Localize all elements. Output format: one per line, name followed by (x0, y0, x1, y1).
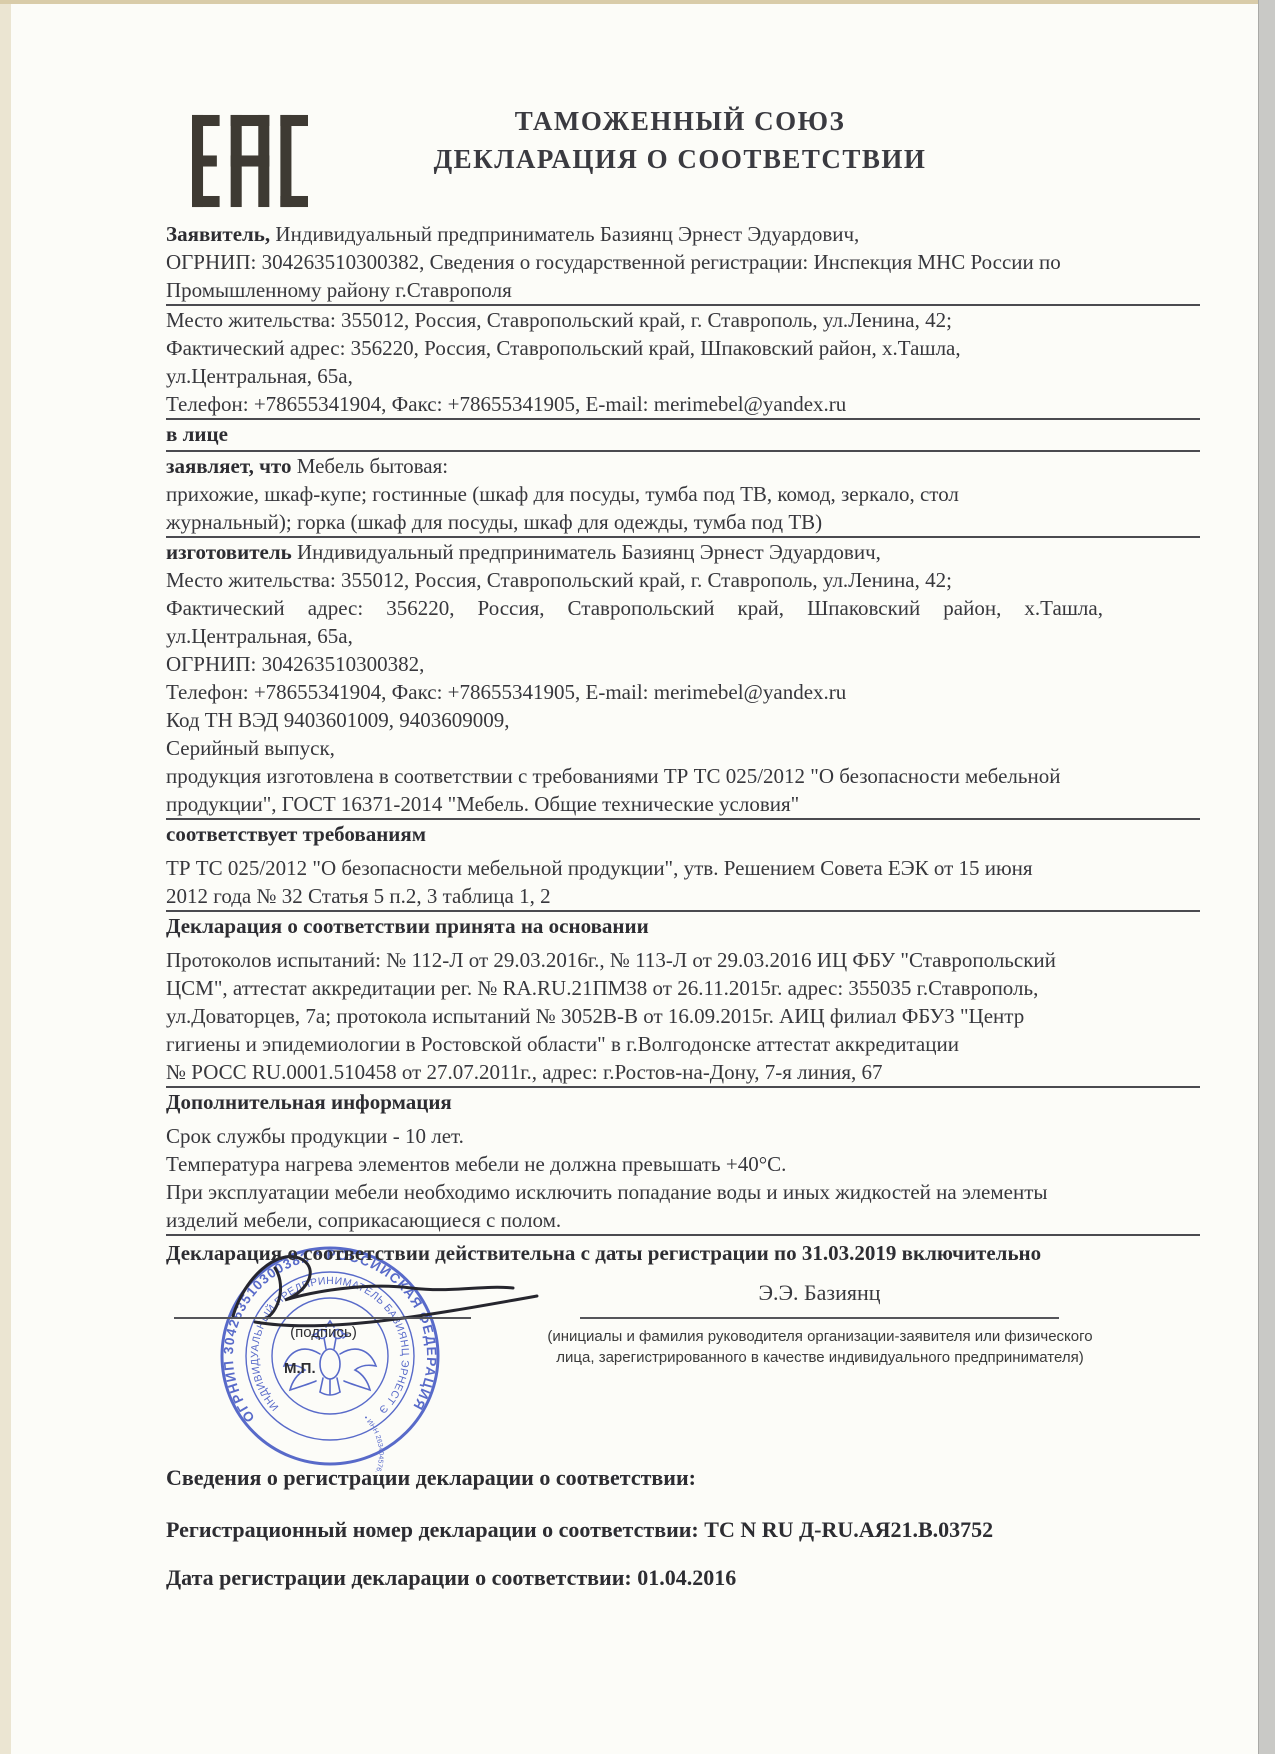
validity-statement: Декларация о соответствии действительна … (166, 1236, 1200, 1268)
field-label-izgotovitel: изготовитель (166, 540, 292, 564)
signature-note: (инициалы и фамилия руководителя организ… (540, 1326, 1100, 1368)
text-line: продукции", ГОСТ 16371-2014 "Мебель. Общ… (166, 790, 1103, 818)
text-line: изделий мебели, соприкасающиеся с полом. (166, 1206, 1103, 1234)
section-header: в лице (166, 420, 1103, 448)
section-declares: заявляет, что Мебель бытовая: прихожие, … (166, 452, 1200, 538)
text-line: Протоколов испытаний: № 112-Л от 29.03.2… (166, 946, 1103, 974)
signature-area: ОГРНИП 304263510300382 * РОССИЙСКАЯ ФЕДЕ… (166, 1268, 1200, 1464)
registration-date-line: Дата регистрации декларации о соответств… (166, 1564, 1200, 1592)
text-line: Телефон: +78655341904, Факс: +7865534190… (166, 678, 1103, 706)
text-line: Серийный выпуск, (166, 734, 1103, 762)
text-line: заявляет, что Мебель бытовая: (166, 452, 1103, 480)
registration-date-value: 01.04.2016 (632, 1565, 737, 1590)
section-manufacturer: изготовитель Индивидуальный предпринимат… (166, 538, 1200, 820)
scan-edge-top (0, 0, 1275, 4)
text-line: продукция изготовлена в соответствии с т… (166, 762, 1103, 790)
text-line: Заявитель, Индивидуальный предпринимател… (166, 220, 1103, 248)
text-line: ул.Центральная, 65а, (166, 622, 1103, 650)
signature-line-left (174, 1317, 471, 1319)
text-line: Код ТН ВЭД 9403601009, 9403609009, (166, 706, 1103, 734)
text-line: ЦСМ", аттестат аккредитации рег. № RA.RU… (166, 974, 1103, 1002)
text-line: Телефон: +78655341904, Факс: +7865534190… (166, 390, 1103, 418)
text-line: ул.Доваторцев, 7а; протокола испытаний №… (166, 1002, 1103, 1030)
text-line: Промышленному району г.Ставрополя (166, 276, 1103, 304)
signatory-name: Э.Э. Базиянц (580, 1280, 1059, 1306)
section-header: соответствует требованиям (166, 820, 1103, 848)
text-line: ул.Центральная, 65а, (166, 362, 1103, 390)
text-line: ОГРНИП: 304263510300382, (166, 650, 1103, 678)
section-applicant: Заявитель, Индивидуальный предпринимател… (166, 220, 1200, 306)
text-line: При эксплуатации мебели необходимо исклю… (166, 1178, 1103, 1206)
text-line: ОГРНИП: 304263510300382, Сведения о госу… (166, 248, 1103, 276)
text-line: Фактический адрес: 356220, Россия, Ставр… (166, 334, 1103, 362)
section-applicant-address: Место жительства: 355012, Россия, Ставро… (166, 306, 1200, 420)
eac-logo-icon (192, 110, 308, 212)
text-line: Срок службы продукции - 10 лет. (166, 1122, 1103, 1150)
text-line: гигиены и эпидемиологии в Ростовской обл… (166, 1030, 1103, 1058)
text-line: Место жительства: 355012, Россия, Ставро… (166, 306, 1103, 334)
section-basis: Декларация о соответствии принята на осн… (166, 912, 1200, 1088)
registration-number-label: Регистрационный номер декларации о соотв… (166, 1517, 699, 1542)
podpis-label: (подпись) (226, 1324, 421, 1341)
signature-note-line-1: (инициалы и фамилия руководителя организ… (540, 1326, 1100, 1347)
section-conforms: соответствует требованиям ТР ТС 025/2012… (166, 820, 1200, 912)
text-line: Фактический адрес: 356220, Россия, Ставр… (166, 594, 1103, 622)
text-line: Температура нагрева элементов мебели не … (166, 1150, 1103, 1178)
text-line: 2012 года № 32 Статья 5 п.2, 3 таблица 1… (166, 882, 1103, 910)
text-line: журнальный); горка (шкаф для посуды, шка… (166, 508, 1103, 536)
text-line: ТР ТС 025/2012 "О безопасности мебельной… (166, 854, 1103, 882)
text-line: Место жительства: 355012, Россия, Ставро… (166, 566, 1103, 594)
title-line-1: ТАМОЖЕННЫЙ СОЮЗ (330, 102, 1030, 140)
registration-number-value: ТС N RU Д-RU.АЯ21.В.03752 (699, 1517, 993, 1542)
scan-edge-right (1258, 0, 1275, 1754)
mp-label: М.П. (284, 1360, 316, 1377)
section-v-litse: в лице (166, 420, 1200, 452)
document-page: ТАМОЖЕННЫЙ СОЮЗ ДЕКЛАРАЦИЯ О СООТВЕТСТВИ… (0, 0, 1275, 1754)
title-line-2: ДЕКЛАРАЦИЯ О СООТВЕТСТВИИ (330, 140, 1030, 178)
document-title: ТАМОЖЕННЫЙ СОЮЗ ДЕКЛАРАЦИЯ О СООТВЕТСТВИ… (330, 102, 1030, 178)
text-line: изготовитель Индивидуальный предпринимат… (166, 538, 1103, 566)
text-line: прихожие, шкаф-купе; гостинные (шкаф для… (166, 480, 1103, 508)
section-header: Декларация о соответствии принята на осн… (166, 912, 1103, 940)
section-header: Дополнительная информация (166, 1088, 1103, 1116)
registration-number-line: Регистрационный номер декларации о соотв… (166, 1516, 1200, 1544)
signature-line-right (580, 1317, 1059, 1319)
registration-date-label: Дата регистрации декларации о соответств… (166, 1565, 632, 1590)
text-line: № РОСС RU.0001.510458 от 27.07.2011г., а… (166, 1058, 1103, 1086)
section-additional-info: Дополнительная информация Срок службы пр… (166, 1088, 1200, 1236)
field-label-zayavitel: Заявитель, (166, 222, 270, 246)
document-body: Заявитель, Индивидуальный предпринимател… (166, 220, 1200, 1592)
scan-edge-left (0, 0, 11, 1754)
signature-note-line-2: лица, зарегистрированного в качестве инд… (540, 1347, 1100, 1368)
field-label-zayavlyaet: заявляет, что (166, 454, 291, 478)
